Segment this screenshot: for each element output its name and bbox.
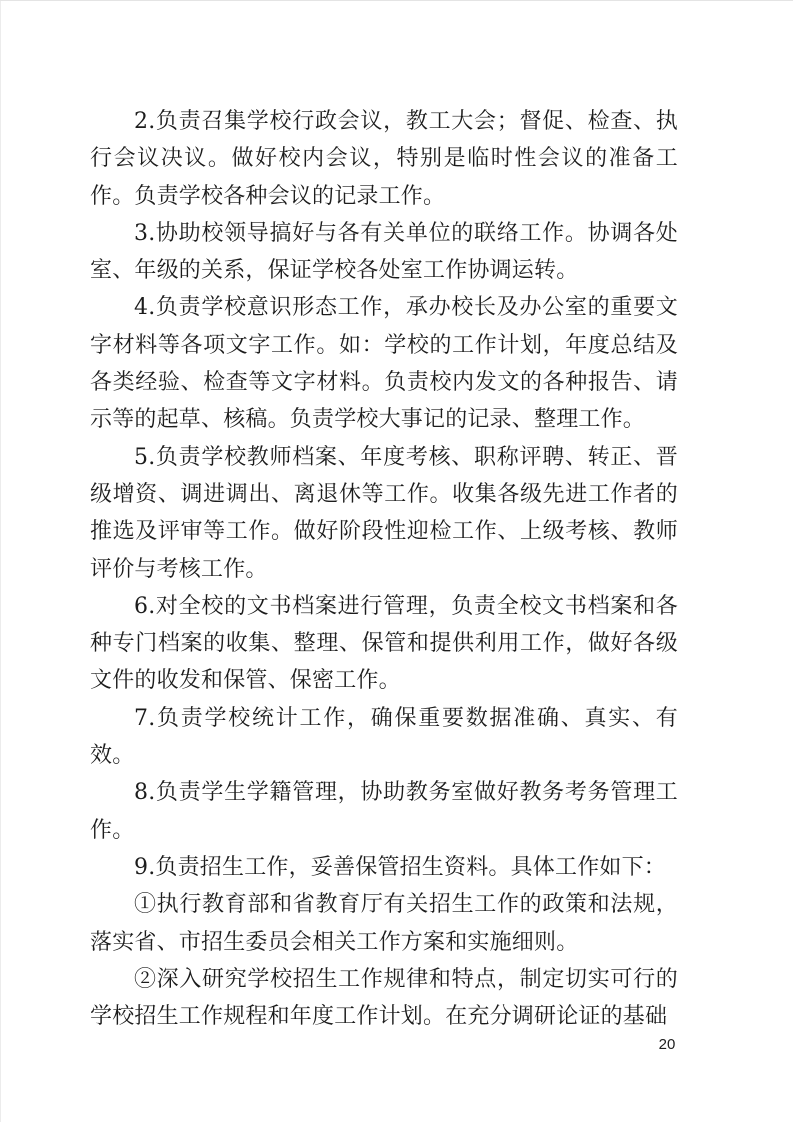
- paragraph: 9.负责招生工作，妥善保管招生资料。具体工作如下：: [90, 849, 678, 886]
- paragraph: 4.负责学校意识形态工作，承办校长及办公室的重要文字材料等各项文字工作。如：学校…: [90, 289, 678, 438]
- paragraph: 8.负责学生学籍管理，协助教务室做好教务考务管理工作。: [90, 774, 678, 849]
- document-body: 2.负责召集学校行政会议，教工大会；督促、检查、执行会议决议。做好校内会议，特别…: [90, 103, 678, 1035]
- paragraph: 3.协助校领导搞好与各有关单位的联络工作。协调各处室、年级的关系，保证学校各处室…: [90, 215, 678, 290]
- paragraph: ②深入研究学校招生工作规律和特点，制定切实可行的学校招生工作规程和年度工作计划。…: [90, 961, 678, 1036]
- paragraph: 5.负责学校教师档案、年度考核、职称评聘、转正、晋级增资、调进调出、离退休等工作…: [90, 439, 678, 588]
- paragraph: ①执行教育部和省教育厅有关招生工作的政策和法规，落实省、市招生委员会相关工作方案…: [90, 886, 678, 961]
- document-page: 2.负责召集学校行政会议，教工大会；督促、检查、执行会议决议。做好校内会议，特别…: [0, 0, 793, 1122]
- page-number: 20: [650, 1036, 684, 1053]
- paragraph: 2.负责召集学校行政会议，教工大会；督促、检查、执行会议决议。做好校内会议，特别…: [90, 103, 678, 215]
- paragraph: 7.负责学校统计工作，确保重要数据准确、真实、有效。: [90, 700, 678, 775]
- paragraph: 6.对全校的文书档案进行管理，负责全校文书档案和各种专门档案的收集、整理、保管和…: [90, 588, 678, 700]
